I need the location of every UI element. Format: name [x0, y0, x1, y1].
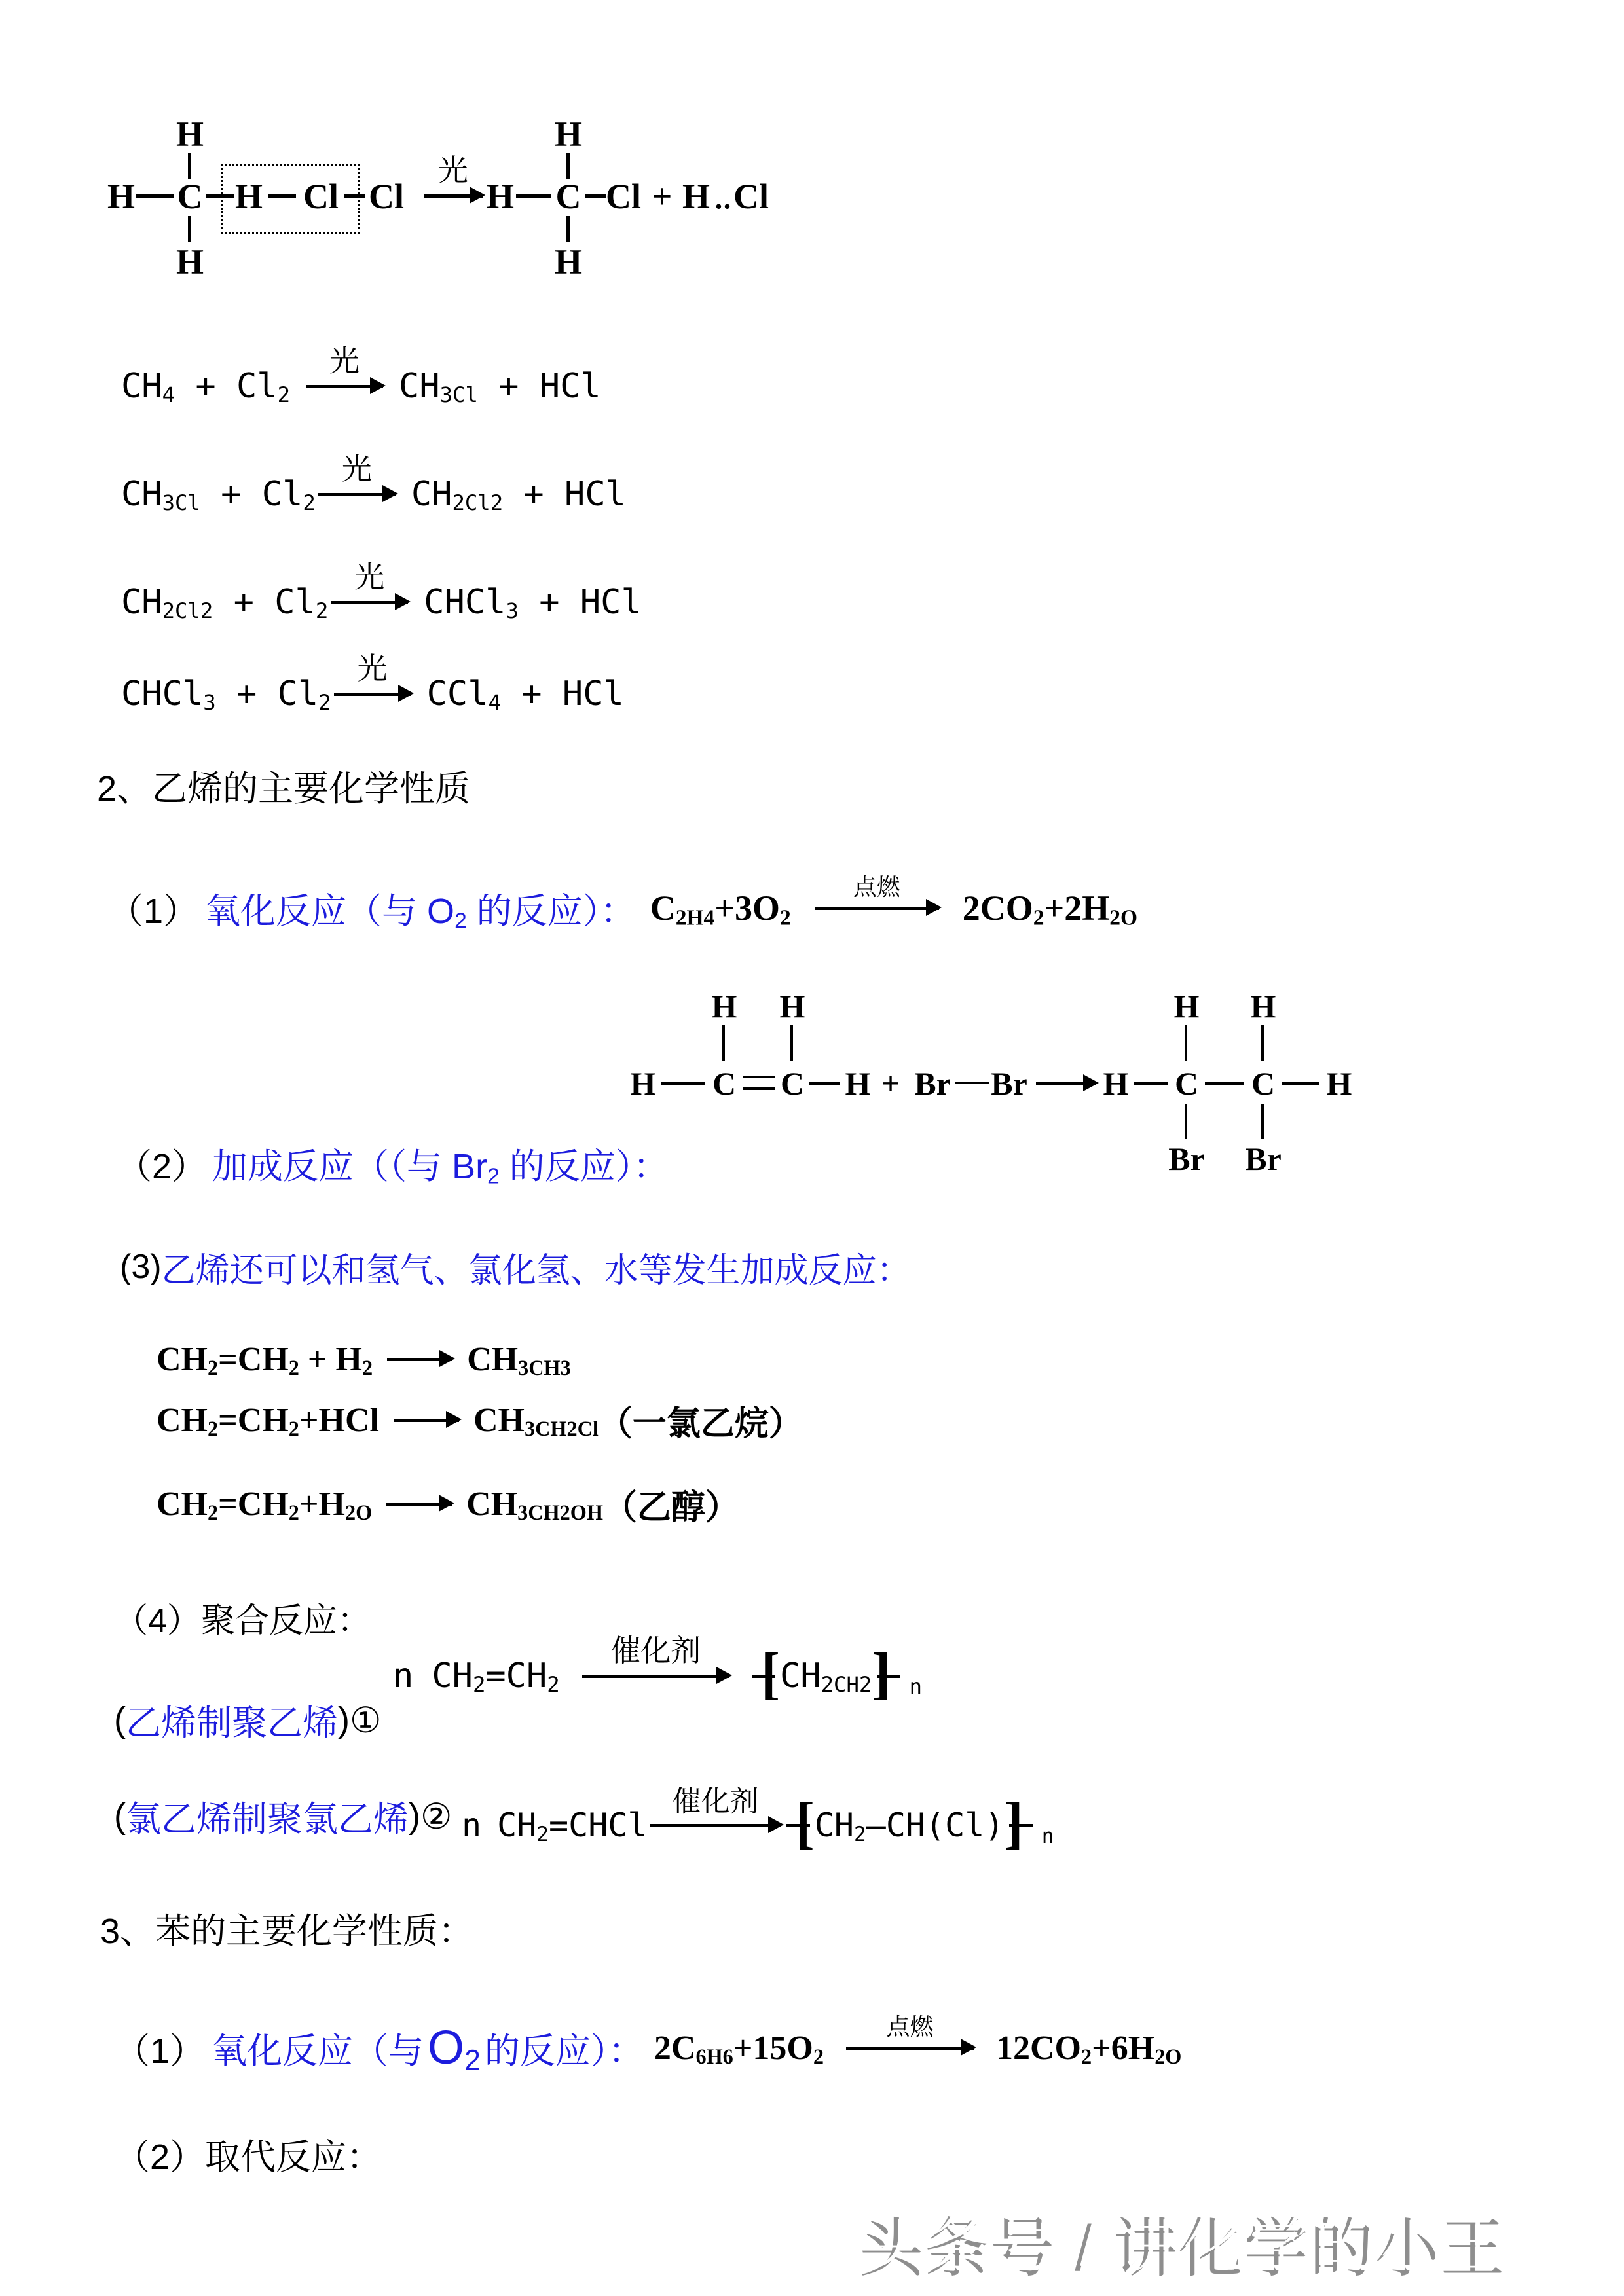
- condition-label: 催化剂: [610, 1627, 701, 1670]
- condition-label: 光: [329, 337, 360, 380]
- breaking-bond: [268, 194, 296, 198]
- equation-ch3cl-cl2: CH3Cl + Cl2 光 CH2Cl2 + HCl: [121, 470, 626, 519]
- bond: [585, 194, 606, 198]
- atom-h: H: [845, 1065, 871, 1102]
- condition-label: 点燃: [853, 869, 900, 902]
- atom-h: H: [1103, 1065, 1129, 1102]
- pvc-note: ( 氯乙烯制聚氯乙烯 ) ②: [114, 1795, 452, 1837]
- atom-br: Br: [914, 1065, 951, 1102]
- item-number: （4）: [114, 1593, 201, 1642]
- vertical-bond: [188, 216, 191, 242]
- reaction-arrow: [386, 1503, 452, 1506]
- reaction-arrow: 催化剂: [650, 1824, 781, 1827]
- equation-reactants: CH4 + Cl2: [121, 367, 290, 406]
- vertical-bond: [1185, 1104, 1187, 1139]
- circled-number: ①: [350, 1700, 381, 1741]
- ethylene-oxidation-line: （1） 氧化反应（与 O2 的反应）： C2H4+3O2 点燃 2CO2+2H2…: [108, 883, 1137, 934]
- atom-br: Br: [1168, 1140, 1205, 1178]
- item-number: （2）: [115, 2129, 205, 2179]
- atom-c: C: [1175, 1065, 1198, 1102]
- equation-rhs: CH3CH2Cl: [473, 1401, 599, 1440]
- atom-cl: Cl: [303, 176, 339, 217]
- condition-label: 光: [438, 147, 468, 190]
- bond: [516, 194, 551, 198]
- equation-hcl-addition: CH2=CH2+HCl CH3CH2Cl （一氯乙烷）: [157, 1396, 803, 1444]
- condition-label: 点燃: [886, 2009, 933, 2042]
- item-number: （1）: [108, 883, 198, 934]
- bond-stub: [1009, 1824, 1033, 1827]
- equation-reactants: CHCl3 + Cl2: [121, 674, 331, 714]
- atom-br: Br: [991, 1065, 1027, 1102]
- reaction-type-label: 取代反应：: [205, 2129, 382, 2179]
- paren-close: ): [338, 1700, 350, 1740]
- note-text: 氯乙烯制聚氯乙烯: [126, 1791, 409, 1842]
- atom-h: H: [1251, 987, 1276, 1025]
- bond: [809, 1082, 840, 1085]
- vertical-bond: [566, 153, 570, 179]
- plus-sign: +: [652, 176, 673, 217]
- ethylene-more-addition-line: (3) 乙烯还可以和氢气、氯化氢、水等发生加成反应：: [120, 1243, 911, 1291]
- paren-open: (: [114, 1700, 126, 1740]
- bond: [661, 1082, 705, 1085]
- atom-h: H: [631, 1065, 656, 1102]
- weak-bond-dots: ‥: [714, 185, 732, 215]
- heading-text: 2、乙烯的主要化学性质: [97, 761, 470, 811]
- circled-number: ②: [420, 1796, 452, 1837]
- section-heading-benzene: 3、苯的主要化学性质：: [100, 1904, 473, 1952]
- equation-polyethylene: n CH2=CH2 催化剂 [ CH2CH2 ] n: [393, 1649, 922, 1704]
- atom-h: H: [176, 242, 204, 282]
- vertical-bond: [1185, 1025, 1187, 1061]
- product-note: （一氯乙烷）: [599, 1396, 803, 1445]
- note-text: 乙烯制聚乙烯: [126, 1695, 338, 1745]
- reaction-arrow: 光: [334, 693, 411, 696]
- condition-label: 光: [358, 645, 388, 688]
- atom-h: H: [1327, 1065, 1352, 1102]
- atom-h: H: [176, 114, 204, 155]
- atom-h: H: [555, 242, 582, 282]
- vertical-bond: [566, 216, 570, 242]
- heading-text: 3、苯的主要化学性质：: [100, 1903, 473, 1954]
- condition-label: 光: [342, 445, 372, 488]
- monomer: CH2=CHCl: [497, 1806, 647, 1844]
- item-number: （2）: [117, 1139, 207, 1189]
- bond: [136, 194, 174, 198]
- atom-h: H: [487, 176, 514, 217]
- reaction-type-label: 氧化反应（与 O2 的反应）：: [205, 883, 636, 934]
- atom-h: H: [235, 176, 263, 217]
- atom-h: H: [555, 114, 582, 155]
- polyethylene-note: ( 乙烯制聚乙烯 ) ①: [114, 1699, 381, 1741]
- coefficient: n: [393, 1656, 413, 1696]
- watermark: 头条号 / 讲化学的小王: [864, 2192, 1511, 2284]
- repeat-subscript: n: [1042, 1825, 1054, 1848]
- reaction-arrow: [387, 1358, 452, 1361]
- reaction-arrow: 光: [424, 194, 483, 198]
- bond: [955, 1082, 989, 1084]
- equation-pvc: n CH2=CHCl 催化剂 [ CH2—CH(Cl) ] n: [462, 1799, 1054, 1851]
- reaction-type-label: 加成反应（（与 Br2 的反应）：: [212, 1139, 669, 1189]
- reaction-arrow: [394, 1419, 459, 1422]
- equation-hydrogenation: CH2=CH2 + H2 CH3CH3: [157, 1336, 571, 1383]
- reaction-arrow: 点燃: [815, 907, 939, 910]
- equation-lhs: C2H4+3O2: [650, 888, 791, 928]
- atom-c: C: [1251, 1065, 1275, 1102]
- equation-lhs: 2C6H6+15O2: [654, 2029, 824, 2068]
- equation-rhs: 2CO2+2H2O: [963, 888, 1137, 928]
- reaction-arrow: 光: [318, 493, 396, 496]
- atom-h: H: [780, 987, 805, 1025]
- double-bond-bottom: [743, 1087, 775, 1090]
- equation-ch4-cl2: CH4 + Cl2 光 CH3Cl + HCl: [121, 362, 601, 410]
- repeat-unit: CH2—CH(Cl): [815, 1806, 1005, 1844]
- oxygen-formula: O2: [428, 2021, 481, 2075]
- equation-reactants: CH2Cl2 + Cl2: [121, 583, 328, 622]
- bond-stub: [877, 1675, 900, 1678]
- atom-c: C: [177, 176, 203, 217]
- paren-open: (: [114, 1796, 126, 1836]
- benzene-oxidation-line: （1） 氧化反应（与 O2 的反应）： 2C6H6+15O2 点燃 12CO2+…: [115, 2021, 1181, 2075]
- polymerization-heading: （4） 聚合反应：: [114, 1593, 371, 1641]
- atom-br: Br: [1245, 1140, 1282, 1178]
- repeat-subscript: n: [910, 1674, 922, 1699]
- equation-hydration: CH2=CH2+H2O CH3CH2OH （乙醇）: [157, 1480, 739, 1527]
- repeat-unit: CH2CH2: [780, 1656, 872, 1696]
- equation-reactants: CH3Cl + Cl2: [121, 475, 316, 514]
- equation-rhs: 12CO2+6H2O: [996, 2029, 1181, 2068]
- condition-label: 光: [354, 553, 384, 596]
- left-bracket: [: [761, 1650, 780, 1698]
- bond: [1205, 1082, 1244, 1085]
- coefficient: n: [462, 1806, 481, 1844]
- bond: [206, 194, 234, 198]
- vertical-bond: [722, 1025, 725, 1061]
- equation-rhs: CH3CH3: [467, 1340, 571, 1379]
- description-label: 乙烯还可以和氢气、氯化氢、水等发生加成反应：: [162, 1243, 911, 1292]
- reaction-arrow: 催化剂: [582, 1675, 729, 1678]
- reaction-arrow: [1036, 1082, 1096, 1085]
- equation-ch2cl2-cl2: CH2Cl2 + Cl2 光 CHCl3 + HCl: [121, 578, 642, 627]
- reaction-arrow: 点燃: [846, 2047, 974, 2050]
- vertical-bond: [790, 1025, 793, 1061]
- benzene-substitution-line: （2） 取代反应：: [115, 2130, 382, 2178]
- vertical-bond: [188, 153, 191, 179]
- atom-h: H: [712, 987, 737, 1025]
- equation-products: CH2Cl2 + HCl: [411, 475, 626, 514]
- equation-lhs: CH2=CH2+HCl: [157, 1401, 379, 1440]
- plus-sign: +: [881, 1066, 899, 1102]
- vertical-bond: [1261, 1104, 1264, 1139]
- atom-c: C: [712, 1065, 736, 1102]
- reaction-type-label-pre: 氧化反应（与: [212, 2023, 424, 2073]
- atom-c: C: [556, 176, 581, 217]
- item-number: (3): [120, 1247, 162, 1286]
- reaction-arrow: 光: [331, 601, 408, 604]
- atom-c: C: [781, 1065, 804, 1102]
- equation-products: CHCl3 + HCl: [424, 583, 642, 622]
- section-heading-ethylene: 2、乙烯的主要化学性质: [97, 761, 470, 810]
- equation-rhs: CH3CH2OH: [466, 1485, 603, 1523]
- condition-label: 催化剂: [673, 1777, 759, 1819]
- equation-chcl3-cl2: CHCl3 + Cl2 光 CCl4 + HCl: [121, 670, 624, 718]
- bond: [1134, 1082, 1168, 1085]
- item-number: （1）: [115, 2023, 205, 2073]
- ethylene-bromine-diagram: H C C H H H + Br Br H C C H H H Br Br: [629, 959, 1401, 1195]
- bond: [1282, 1082, 1319, 1085]
- methane-chlorination-diagram: H C H H H Cl Cl 光 H C H H Cl + H ‥ Cl: [111, 101, 832, 298]
- monomer: CH2=CH2: [432, 1656, 559, 1696]
- vertical-bond: [1261, 1025, 1264, 1061]
- atom-cl: Cl: [369, 176, 404, 217]
- atom-h: H: [107, 176, 135, 217]
- reaction-type-label-post: 的反应）：: [485, 2023, 644, 2073]
- product-note: （乙醇）: [603, 1480, 739, 1529]
- bond: [344, 194, 365, 198]
- atom-cl: Cl: [606, 176, 641, 217]
- double-bond-top: [743, 1076, 775, 1078]
- left-bracket: [: [796, 1800, 815, 1847]
- polymer-unit-group: [ CH2—CH(Cl) ] n: [786, 1804, 1054, 1847]
- atom-h: H: [1174, 987, 1200, 1025]
- equation-products: CCl4 + HCl: [427, 674, 624, 714]
- equation-lhs: CH2=CH2+H2O: [157, 1485, 372, 1523]
- atom-cl: Cl: [733, 176, 769, 217]
- paren-close: ): [409, 1796, 420, 1836]
- equation-lhs: CH2=CH2 + H2: [157, 1340, 373, 1379]
- equation-products: CH3Cl + HCl: [399, 367, 601, 406]
- reaction-type-label: 聚合反应：: [201, 1593, 371, 1642]
- atom-h: H: [682, 176, 710, 217]
- reaction-arrow: 光: [306, 385, 383, 388]
- polymer-unit-group: [ CH2CH2 ] n: [752, 1654, 922, 1698]
- ethylene-addition-line: （2） 加成反应（（与 Br2 的反应）：: [117, 1139, 669, 1188]
